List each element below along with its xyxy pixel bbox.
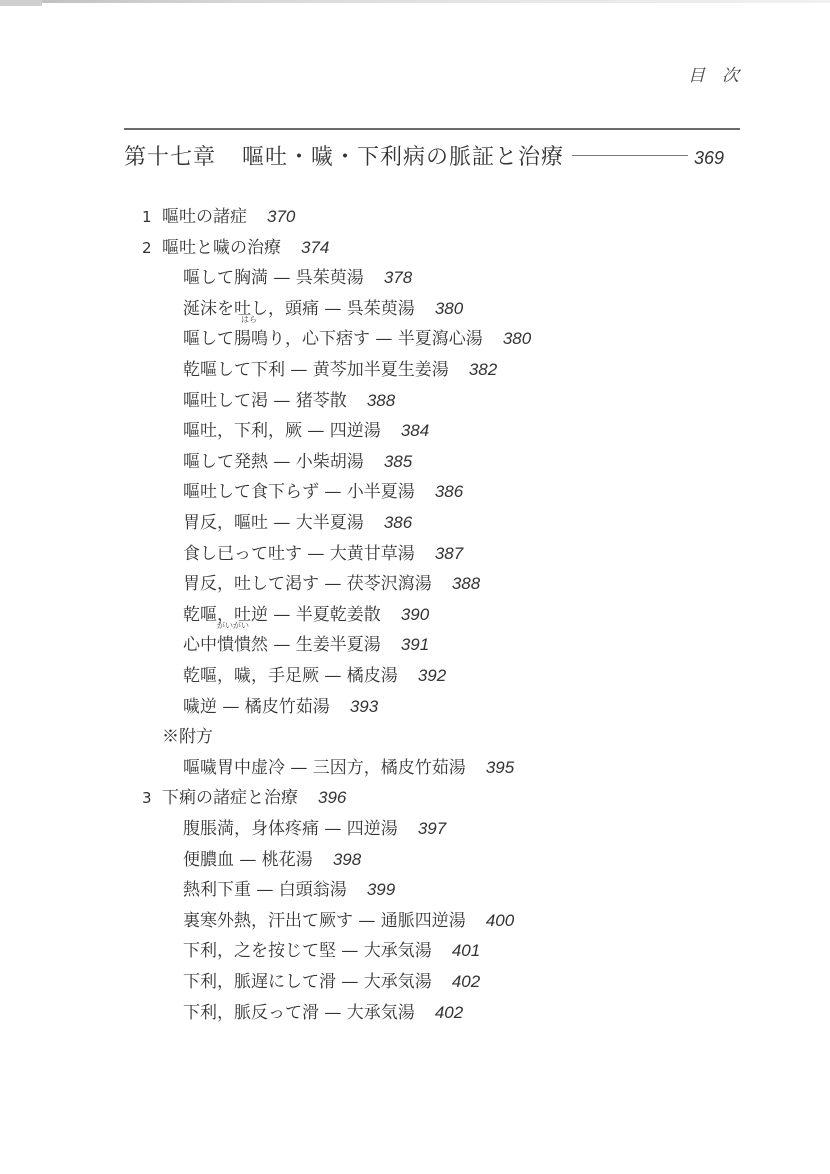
leader-line [572,155,688,156]
entry-text: 熱利下重 — 白頭翁湯 [183,880,347,900]
page-number: 400 [486,911,514,930]
entry-text-wrap: 便膿血 — 桃花湯 [183,845,313,875]
toc-entry[interactable]: 噦逆 — 橘皮竹茹湯393 [183,692,378,722]
entry-text-wrap: 噦逆 — 橘皮竹茹湯 [183,692,330,722]
entry-text-wrap: 嘔吐の諸症 [162,202,247,232]
entry-text-wrap: 嘔して発熱 — 小柴胡湯 [183,447,364,477]
chapter-page-number: 369 [694,148,724,169]
page-number: 392 [418,666,446,685]
entry-text-wrap: 下利，之を按じて堅 — 大承気湯 [183,936,432,966]
toc-entry[interactable]: 下利，脈反って滑 — 大承気湯402 [183,998,463,1028]
page-number: 402 [452,972,480,991]
toc-entry[interactable]: 嘔して腸鳴り，心下痞す — 半夏瀉心湯はら380 [183,324,531,354]
ruby-annotation: はら [241,316,257,324]
entry-text: 乾嘔して下利 — 黄芩加半夏生姜湯 [183,360,449,380]
entry-text: 嘔吐の諸症 [162,207,247,227]
entry-text: 嘔吐，下利，厥 — 四逆湯 [183,421,381,441]
toc-entry[interactable]: 嘔して発熱 — 小柴胡湯385 [183,447,412,477]
entry-text-wrap: 涎沫を吐し，頭痛 — 呉茱萸湯 [183,294,415,324]
entry-text: 下利，之を按じて堅 — 大承気湯 [183,941,432,961]
entry-text-wrap: ※附方 [162,722,213,752]
page-number: 402 [435,1003,463,1022]
page-number: 398 [333,850,361,869]
toc-section[interactable]: 2嘔吐と噦の治療374 [142,233,329,263]
toc-entry[interactable]: 涎沫を吐し，頭痛 — 呉茱萸湯380 [183,294,463,324]
entry-text: 嘔して胸満 — 呉茱萸湯 [183,268,364,288]
page-number: 370 [267,207,295,226]
page-number: 380 [435,299,463,318]
page-number: 395 [486,758,514,777]
entry-text: 食し已って吐す — 大黄甘草湯 [183,544,415,564]
toc-entry[interactable]: 嘔吐して渇 — 猪苓散388 [183,386,395,416]
toc-entry[interactable]: 嘔して胸満 — 呉茱萸湯378 [183,263,412,293]
entry-text-wrap: 嘔して胸満 — 呉茱萸湯 [183,263,364,293]
page-number: 378 [384,268,412,287]
entry-text-wrap: 腹脹満，身体疼痛 — 四逆湯 [183,814,398,844]
toc-entry[interactable]: 腹脹満，身体疼痛 — 四逆湯397 [183,814,446,844]
toc-entry[interactable]: 乾嘔，噦，手足厥 — 橘皮湯392 [183,661,446,691]
entry-text-wrap: 嘔吐と噦の治療 [162,233,281,263]
toc-entry[interactable]: 嘔噦胃中虚冷 — 三因方，橘皮竹茹湯395 [183,753,514,783]
entry-text-wrap: 下利，脈遅にして滑 — 大承気湯 [183,967,432,997]
entry-text: 便膿血 — 桃花湯 [183,850,313,870]
page-number: 388 [367,391,395,410]
entry-text-wrap: 嘔噦胃中虚冷 — 三因方，橘皮竹茹湯 [183,753,466,783]
page-number: 396 [318,788,346,807]
toc-entry[interactable]: 下利，之を按じて堅 — 大承気湯401 [183,936,480,966]
page-number: 384 [401,421,429,440]
entry-text: 噦逆 — 橘皮竹茹湯 [183,697,330,717]
entry-text: 下利，脈反って滑 — 大承気湯 [183,1003,415,1023]
entry-text-wrap: 胃反，嘔吐 — 大半夏湯 [183,508,364,538]
page-number: 393 [350,697,378,716]
entry-text: 嘔吐して食下らず — 小半夏湯 [183,482,415,502]
section-number: 2 [142,233,162,263]
entry-text-wrap: 乾嘔，吐逆 — 半夏乾姜散 [183,600,381,630]
toc-entry[interactable]: 胃反，嘔吐 — 大半夏湯386 [183,508,412,538]
entry-text: 腹脹満，身体疼痛 — 四逆湯 [183,819,398,839]
entry-text-wrap: 食し已って吐す — 大黄甘草湯 [183,539,415,569]
entry-text-wrap: 心中憒憒然 — 生姜半夏湯がいがい [183,630,381,660]
chapter-rule [124,128,740,130]
toc-entry[interactable]: 嘔吐して食下らず — 小半夏湯386 [183,477,463,507]
entry-text: ※附方 [162,727,213,747]
toc-entry[interactable]: 熱利下重 — 白頭翁湯399 [183,875,395,905]
toc-entry[interactable]: 食し已って吐す — 大黄甘草湯387 [183,539,463,569]
entry-text: 下利，脈遅にして滑 — 大承気湯 [183,972,432,992]
page-number: 397 [418,819,446,838]
entry-text: 心中憒憒然 — 生姜半夏湯 [183,635,381,655]
toc-entry[interactable]: 下利，脈遅にして滑 — 大承気湯402 [183,967,480,997]
entry-text-wrap: 嘔吐，下利，厥 — 四逆湯 [183,416,381,446]
page-number: 380 [503,329,531,348]
scan-edge [0,0,830,3]
entry-text: 嘔噦胃中虚冷 — 三因方，橘皮竹茹湯 [183,758,466,778]
ruby-annotation: がいがい [217,622,249,630]
toc-section[interactable]: 3下痢の諸症と治療396 [142,783,346,813]
page-number: 401 [452,941,480,960]
page-number: 386 [435,482,463,501]
toc-entry[interactable]: 便膿血 — 桃花湯398 [183,845,361,875]
page-number: 386 [384,513,412,532]
page-number: 399 [367,880,395,899]
entry-text: 乾嘔，噦，手足厥 — 橘皮湯 [183,666,398,686]
page-number: 388 [452,574,480,593]
page-number: 391 [401,635,429,654]
toc-entry[interactable]: 裏寒外熱，汗出て厥す — 通脈四逆湯400 [183,906,514,936]
toc-note[interactable]: ※附方 [162,722,213,752]
running-head: 目次 [688,61,756,86]
entry-text: 嘔して腸鳴り，心下痞す — 半夏瀉心湯 [183,329,483,349]
section-number: 3 [142,783,162,813]
entry-text: 胃反，吐して渇す — 茯苓沢瀉湯 [183,574,432,594]
page-number: 387 [435,544,463,563]
page-number: 382 [469,360,497,379]
entry-text: 嘔して発熱 — 小柴胡湯 [183,452,364,472]
entry-text: 嘔吐して渇 — 猪苓散 [183,391,347,411]
entry-text-wrap: 乾嘔して下利 — 黄芩加半夏生姜湯 [183,355,449,385]
entry-text: 乾嘔，吐逆 — 半夏乾姜散 [183,605,381,625]
page-number: 390 [401,605,429,624]
entry-text-wrap: 乾嘔，噦，手足厥 — 橘皮湯 [183,661,398,691]
chapter-title: 嘔吐・噦・下利病の脈証と治療 [242,140,564,171]
entry-text-wrap: 嘔吐して渇 — 猪苓散 [183,386,347,416]
entry-text-wrap: 嘔して腸鳴り，心下痞す — 半夏瀉心湯はら [183,324,483,354]
scan-edge-tab [0,0,42,6]
entry-text: 裏寒外熱，汗出て厥す — 通脈四逆湯 [183,911,466,931]
entry-text: 嘔吐と噦の治療 [162,238,281,258]
entry-text-wrap: 下利，脈反って滑 — 大承気湯 [183,998,415,1028]
entry-text: 胃反，嘔吐 — 大半夏湯 [183,513,364,533]
toc-entry[interactable]: 乾嘔して下利 — 黄芩加半夏生姜湯382 [183,355,497,385]
entry-text-wrap: 下痢の諸症と治療 [162,783,298,813]
entry-text-wrap: 熱利下重 — 白頭翁湯 [183,875,347,905]
toc-entry[interactable]: 胃反，吐して渇す — 茯苓沢瀉湯388 [183,569,480,599]
entry-text-wrap: 胃反，吐して渇す — 茯苓沢瀉湯 [183,569,432,599]
entry-text: 涎沫を吐し，頭痛 — 呉茱萸湯 [183,299,415,319]
toc-entry[interactable]: 心中憒憒然 — 生姜半夏湯がいがい391 [183,630,429,660]
entry-text-wrap: 嘔吐して食下らず — 小半夏湯 [183,477,415,507]
chapter-heading[interactable]: 第十七章 嘔吐・噦・下利病の脈証と治療 369 [124,140,724,171]
page-number: 385 [384,452,412,471]
entry-text: 下痢の諸症と治療 [162,788,298,808]
toc-entry[interactable]: 嘔吐，下利，厥 — 四逆湯384 [183,416,429,446]
toc-section[interactable]: 1嘔吐の諸症370 [142,202,295,232]
page-number: 374 [301,238,329,257]
section-number: 1 [142,202,162,232]
chapter-label: 第十七章 [124,140,216,171]
entry-text-wrap: 裏寒外熱，汗出て厥す — 通脈四逆湯 [183,906,466,936]
